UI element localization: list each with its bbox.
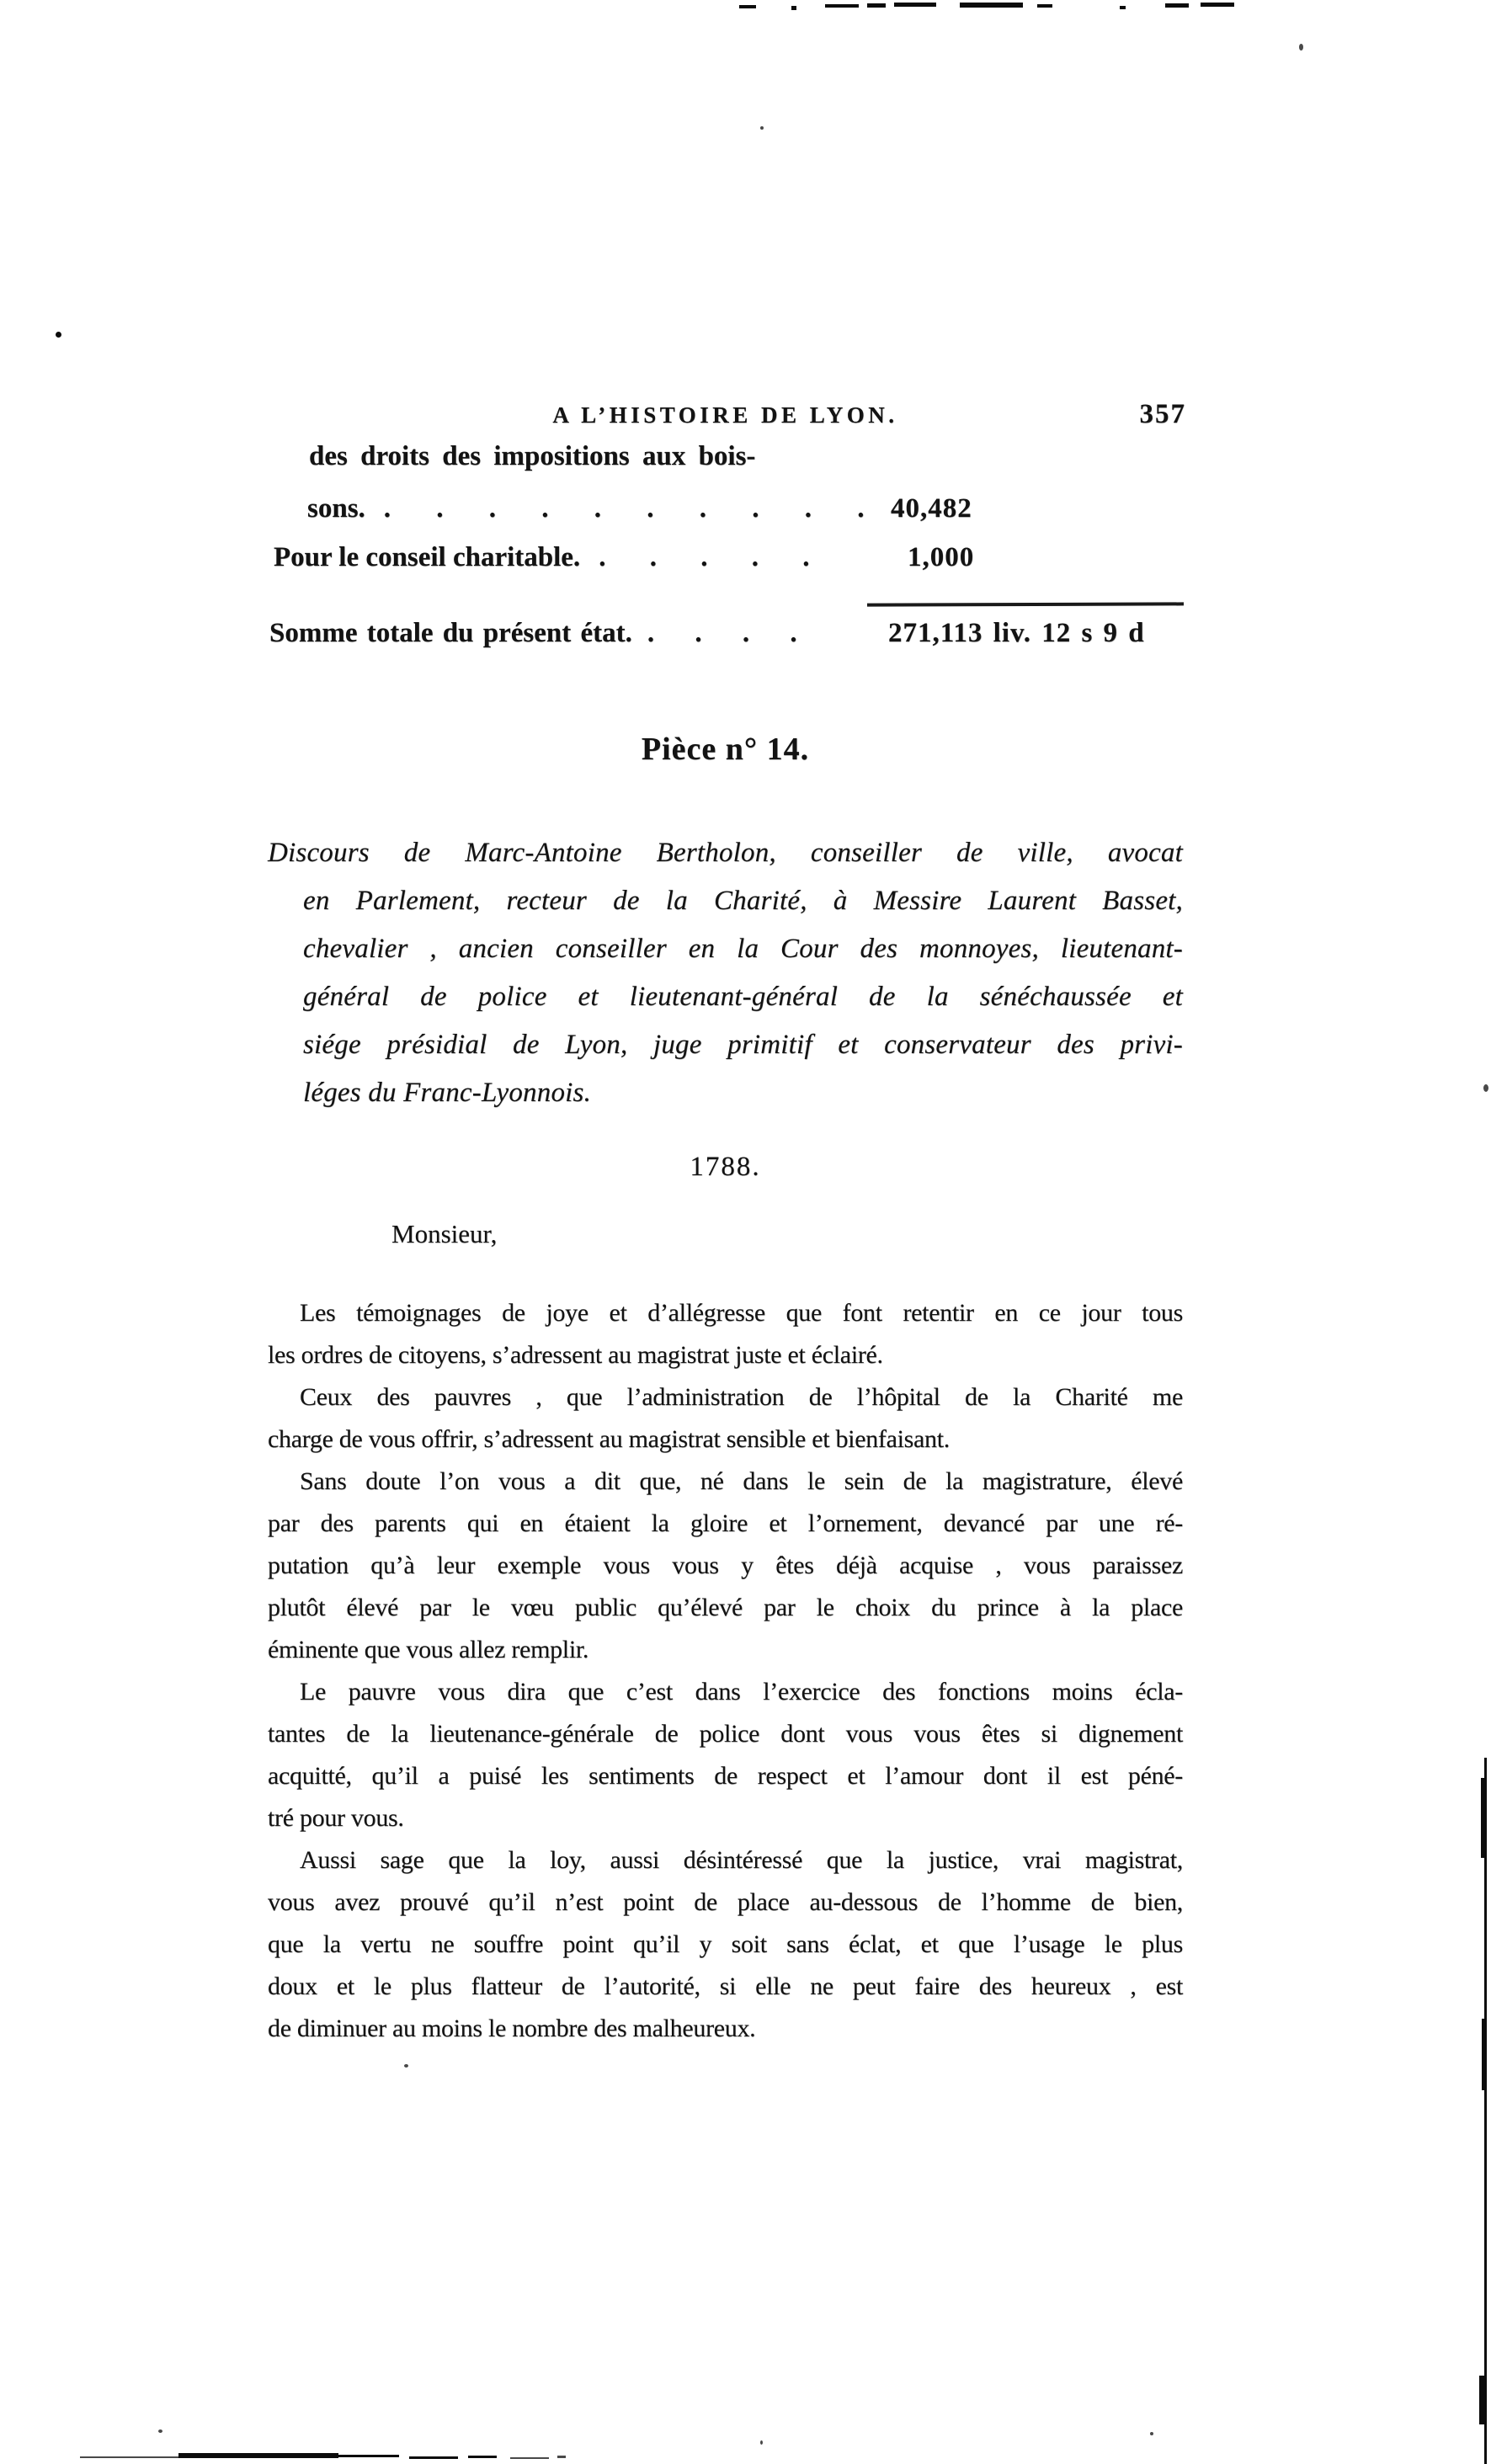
account-value: 1,000	[908, 542, 974, 573]
scan-bottom-line	[510, 2457, 549, 2459]
discourse-heading-line: siége présidial de Lyon, juge primitif e…	[268, 1021, 1183, 1069]
scan-speck	[760, 126, 764, 130]
scan-speck	[825, 4, 859, 8]
scan-speck	[158, 2429, 162, 2433]
scan-speck	[1150, 2432, 1153, 2435]
scan-edge-line	[1479, 2376, 1485, 2424]
scan-speck	[739, 5, 756, 8]
scan-bottom-line	[338, 2455, 399, 2457]
body-line: Les témoignages de joye et d’allégresse …	[268, 1292, 1183, 1334]
account-total-row: Somme totale du présent état.. . . . 271…	[269, 618, 1184, 668]
scan-bottom-line	[409, 2456, 458, 2459]
dot-leader: . . . . . . . . . .	[365, 493, 865, 524]
account-row: sons.. . . . . . . . . . 40,482	[269, 493, 1184, 542]
body-line: les ordres de citoyens, s’adressent au m…	[268, 1334, 1183, 1376]
account-row: des droits des impositions aux bois-	[269, 441, 1184, 493]
body-line: putation qu’à leur exemple vous vous y ê…	[268, 1545, 1183, 1587]
discourse-heading-line: en Parlement, recteur de la Charité, à M…	[268, 877, 1183, 925]
scan-bottom-line	[468, 2456, 497, 2458]
account-label: Pour le conseil charitable.	[274, 542, 580, 572]
body-line: charge de vous offrir, s’adressent au ma…	[268, 1418, 1183, 1461]
scan-bottom-line	[557, 2456, 566, 2458]
scan-speck	[791, 6, 796, 10]
body-line: doux et le plus flatteur de l’autorité, …	[268, 1966, 1183, 2008]
body-line: par des parents qui en étaient la gloire…	[268, 1503, 1183, 1545]
scan-speck	[1201, 3, 1234, 7]
body-line: vous avez prouvé qu’il n’est point de pl…	[268, 1881, 1183, 1924]
dot-leader: . . . .	[632, 618, 797, 648]
account-value: 40,482	[891, 493, 972, 524]
page-header: A L’HISTOIRE DE LYON. 357	[268, 402, 1183, 439]
discourse-heading-line: léges du Franc-Lyonnois.	[268, 1069, 1183, 1117]
body-line: de diminuer au moins le nombre des malhe…	[268, 2008, 1183, 2050]
salutation: Monsieur,	[391, 1219, 497, 1249]
letter-body: Les témoignages de joye et d’allégresse …	[268, 1292, 1183, 2050]
body-line: éminente que vous allez remplir.	[268, 1629, 1183, 1671]
discourse-heading: Discours de Marc-Antoine Bertholon, cons…	[268, 829, 1183, 1117]
scan-speck	[404, 2064, 408, 2068]
account-total-value: 271,113 liv. 12 s 9 d	[888, 618, 1145, 649]
body-line: que la vertu ne souffre point qu’il y so…	[268, 1924, 1183, 1966]
scan-speck	[867, 3, 886, 8]
account-label: Somme totale du présent état.	[269, 618, 632, 648]
scan-bottom-line	[178, 2453, 338, 2458]
year-heading: 1788.	[268, 1152, 1183, 1183]
page-number: 357	[1140, 399, 1187, 430]
scan-speck	[1165, 3, 1189, 8]
dot-leader: . . . . .	[580, 542, 809, 572]
scan-edge-line	[1482, 2019, 1486, 2090]
account-row: Pour le conseil charitable.. . . . . 1,0…	[269, 542, 1184, 596]
scan-speck	[1037, 4, 1052, 8]
section-title: Pièce n° 14.	[268, 731, 1183, 768]
book-page: A L’HISTOIRE DE LYON. 357 des droits des…	[0, 0, 1491, 2464]
account-label: sons.	[307, 493, 365, 524]
body-line: Ceux des pauvres , que l’administration …	[268, 1376, 1183, 1418]
body-line: tantes de la lieutenance-générale de pol…	[268, 1713, 1183, 1755]
scan-edge-line	[1484, 1758, 1487, 2464]
scan-speck	[1120, 6, 1126, 9]
account-statement: des droits des impositions aux bois- son…	[269, 441, 1184, 668]
scan-speck	[56, 332, 61, 338]
running-title: A L’HISTOIRE DE LYON.	[268, 402, 1183, 428]
scan-speck	[760, 2440, 763, 2445]
body-line: tré pour vous.	[268, 1797, 1183, 1839]
scan-speck	[1299, 44, 1303, 51]
body-line: Sans doute l’on vous a dit que, né dans …	[268, 1461, 1183, 1503]
discourse-heading-line: chevalier , ancien conseiller en la Cour…	[268, 925, 1183, 973]
body-line: acquitté, qu’il a puisé les sentiments d…	[268, 1755, 1183, 1797]
discourse-heading-line: Discours de Marc-Antoine Bertholon, cons…	[268, 829, 1183, 877]
scan-bottom-line	[80, 2456, 179, 2458]
account-label: des droits des impositions aux bois-	[309, 441, 755, 471]
scan-speck	[960, 3, 1023, 8]
discourse-heading-line: général de police et lieutenant-général …	[268, 973, 1183, 1021]
scan-edge-line	[1481, 1778, 1487, 1858]
body-line: Le pauvre vous dira que c’est dans l’exe…	[268, 1671, 1183, 1713]
body-line: plutôt élevé par le vœu public qu’élevé …	[268, 1587, 1183, 1629]
scan-speck	[894, 3, 936, 7]
body-line: Aussi sage que la loy, aussi désintéress…	[268, 1839, 1183, 1881]
scan-speck	[1483, 1084, 1488, 1092]
